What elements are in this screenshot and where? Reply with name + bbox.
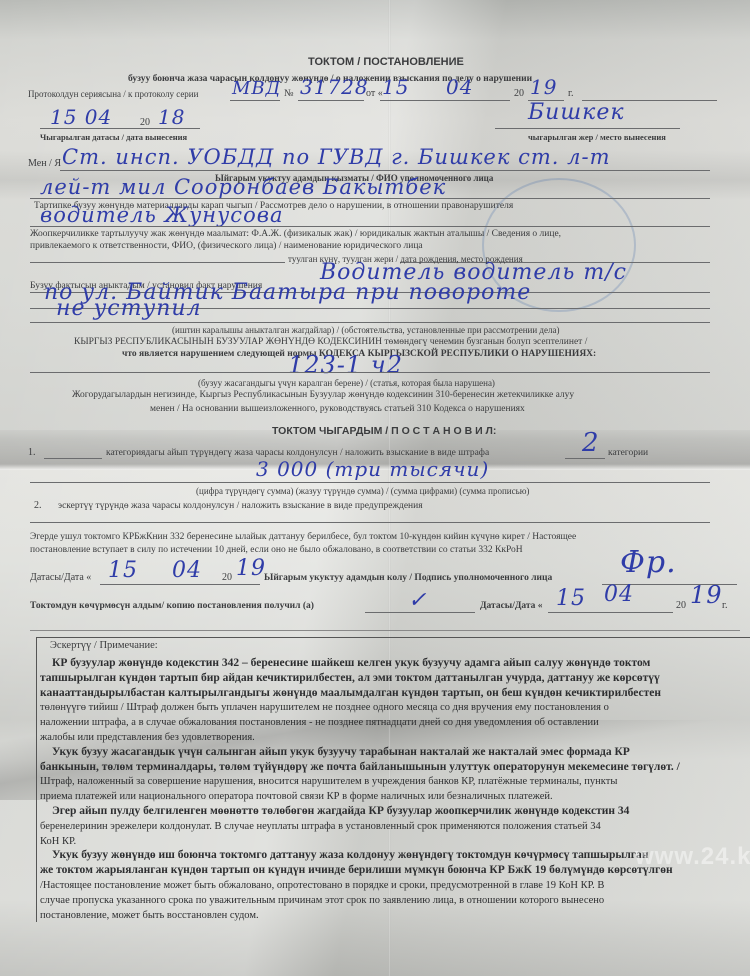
- note-line: Укук бузуу жөнүндө иш боюнча токтомго да…: [52, 848, 648, 863]
- fill-line: [548, 612, 673, 613]
- receipt-year-prefix: 20: [676, 600, 686, 612]
- fill-line: [30, 372, 710, 373]
- receipt-month: 04: [604, 584, 634, 606]
- fill-line: [298, 100, 364, 101]
- note-line: банкынын, төлөм терминалдары, төлөм түйү…: [40, 760, 680, 775]
- issue-date-label: Чыгарылган датасы / дата вынесения: [40, 131, 187, 143]
- protocol-number-label: №: [284, 88, 294, 100]
- item-1-category-suffix: категории: [608, 447, 648, 459]
- receipt-year-suffix: г.: [722, 600, 727, 612]
- fill-line: [44, 458, 102, 459]
- receipt-label: Токтомдун көчүрмөсүн алдым/ копию постан…: [30, 600, 314, 612]
- item-2-number: 2.: [34, 500, 42, 512]
- note-line: КоН КР.: [40, 834, 76, 849]
- note-line: Штраф, наложенный за совершение нарушени…: [40, 774, 617, 789]
- protocol-number: 31728: [300, 76, 369, 98]
- protocol-label: Протоколдун сериясына / к протоколу сери…: [28, 88, 198, 100]
- note-line: тапшырылган күндөн тартып бир айдан кечи…: [40, 671, 660, 686]
- signature-year-prefix: 20: [222, 572, 232, 584]
- decision-heading: ТОКТОМ ЧЫГАРДЫМ / П О С Т А Н О В И Л:: [272, 425, 496, 437]
- note-line: наложении штрафа, а в случае обжалования…: [40, 715, 599, 730]
- code-line-1: КЫРГЫЗ РЕСПУБЛИКАСЫНЫН БУЗУУЛАР ЖӨНҮНДӨ …: [74, 336, 587, 348]
- protocol-month: 04: [446, 76, 473, 98]
- fill-line: [40, 128, 200, 129]
- item-2-text: эскертүү түрүндө жаза чарасы колдонулсун…: [58, 500, 423, 512]
- offender-label-2: привлекаемого к ответственности, ФИО, (ф…: [30, 240, 423, 252]
- note-heading: Эскертүү / Примечание:: [50, 640, 158, 652]
- receipt-mark: ✓: [408, 590, 427, 612]
- signature-year: 19: [236, 558, 266, 580]
- note-line: КР бузуулар жөнүндө кодекстин 342 – бере…: [52, 656, 650, 671]
- fill-line: [230, 100, 280, 101]
- circumstances-label: (иштин каралышы аныкталган жагдайлар) / …: [172, 324, 560, 336]
- fill-line: [380, 100, 510, 101]
- note-line: беренелеринин эрежелери колдонулат. В сл…: [40, 819, 601, 834]
- signature-label: Ыйгарым укуктуу адамдын колу / Подпись у…: [264, 572, 552, 584]
- fine-amount: 3 000 (три тысячи): [256, 458, 489, 480]
- receipt-date-label: Датасы/Дата «: [480, 600, 543, 612]
- fill-line: [100, 584, 260, 585]
- fill-line: [30, 322, 710, 323]
- note-line: канааттандырылбастан калтырылгандыгы жөн…: [40, 686, 661, 701]
- fill-line: [30, 198, 710, 199]
- signature-month: 04: [172, 560, 202, 582]
- item-1-number: 1.: [28, 447, 36, 459]
- protocol-series: МВД: [232, 78, 281, 100]
- basis-line-1: Жогорудагылардын негизинде, Кыргыз Респу…: [72, 389, 574, 401]
- protocol-year: 19: [530, 76, 557, 98]
- official-line-1: Ст. инсп. УОБДД по ГУВД г. Бишкек ст. л-…: [62, 146, 610, 168]
- divider: [30, 630, 740, 631]
- note-line: случае пропуска указанного срока по уваж…: [40, 893, 604, 908]
- issue-date: 15 04: [50, 106, 112, 128]
- signature-day: 15: [108, 560, 138, 582]
- fill-line: [60, 170, 710, 171]
- fill-line: [30, 522, 710, 523]
- effect-line-2: постановление вступает в силу по истечен…: [30, 544, 523, 556]
- protocol-day: 15: [382, 76, 409, 98]
- note-line: же токтом жарыяланган күндөн тартып он к…: [40, 863, 673, 878]
- fill-line: [30, 226, 710, 227]
- note-line: /Настоящее постановление может быть обжа…: [40, 878, 604, 893]
- note-line: приема платежей или национального операт…: [40, 789, 553, 804]
- official-signature: Фр.: [620, 552, 677, 574]
- receipt-day: 15: [556, 588, 586, 610]
- protocol-year-prefix: 20: [514, 88, 524, 100]
- offender-label-1: Жоопкерчиликке тартылуучу жак жөнүндө ма…: [30, 228, 561, 240]
- protocol-year-suffix: г.: [568, 88, 573, 100]
- document-title: ТОКТОМ / ПОСТАНОВЛЕНИЕ: [308, 56, 464, 68]
- materials-handwritten: водитель Жунусова: [40, 204, 283, 226]
- issue-year: 18: [158, 106, 185, 128]
- note-line: постановление, может быть восстановлен с…: [40, 908, 259, 923]
- fill-line: [30, 262, 285, 263]
- official-prefix: Мен / Я: [28, 158, 61, 170]
- article-label: (бузуу жасагандыгы үчүн каралган берене)…: [198, 377, 495, 389]
- note-line: Эгер айып пулду белгиленген мөөнөттө төл…: [52, 804, 629, 819]
- fill-line: [30, 482, 710, 483]
- issue-place: Бишкек: [528, 102, 624, 124]
- fill-line: [565, 458, 605, 459]
- violation-handwritten-3: не уступил: [56, 298, 202, 320]
- watermark: www.24.kg: [635, 843, 750, 871]
- protocol-date-label: от «: [366, 88, 383, 100]
- note-line: төлөнүүгө тийиш / Штраф должен быть упла…: [40, 700, 609, 715]
- note-line: Укук бузуу жасагандык үчүн салынган айып…: [52, 745, 630, 760]
- official-line-2: лей-т мил Сооронбаев Бакытбек: [40, 176, 446, 198]
- note-line: жалобы или представления без удовлетворе…: [40, 730, 255, 745]
- effect-line-1: Эгерде ушул токтомго КРБжКнин 332 берене…: [30, 531, 576, 543]
- fill-line: [495, 128, 680, 129]
- receipt-year: 19: [690, 584, 723, 606]
- document-page: ТОКТОМ / ПОСТАНОВЛЕНИЕ бузуу боюнча жаза…: [0, 0, 750, 976]
- basis-line-2: менен / На основании вышеизложенного, ру…: [150, 403, 525, 415]
- item-1-category: 2: [582, 432, 600, 454]
- issue-place-label: чыгарылган жер / место вынесения: [528, 131, 666, 143]
- signature-date-label: Датасы/Дата «: [30, 572, 91, 584]
- amount-label: (цифра түрүндөгү сумма) (жазуу түрүндө с…: [196, 485, 529, 497]
